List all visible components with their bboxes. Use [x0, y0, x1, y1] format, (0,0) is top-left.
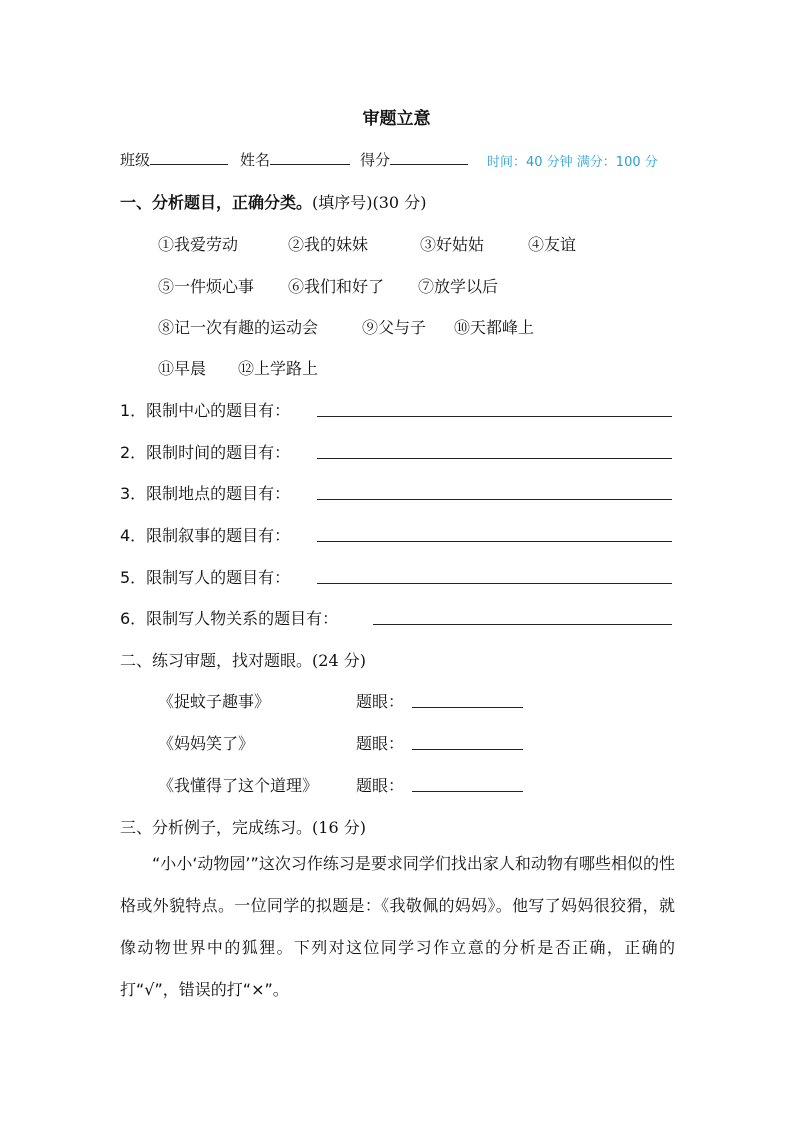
name-field: 姓名	[240, 149, 350, 170]
title-item-3: 《我懂得了这个道理》	[158, 773, 318, 796]
option-item: ③好姑姑	[420, 232, 528, 255]
question-5: 5．限制写人的题目有：	[120, 565, 290, 588]
option-item: ④友谊	[528, 232, 576, 255]
question-4-answer-line[interactable]	[317, 541, 672, 542]
worksheet-page: 审题立意 班级 姓名 得分 时间：40 分钟 满分：100 分 一、分析题目，正…	[0, 0, 793, 1122]
time-score-meta: 时间：40 分钟 满分：100 分	[487, 151, 658, 170]
section1-heading-note: (填序号)(30 分)	[312, 193, 426, 212]
score-blank[interactable]	[390, 150, 468, 165]
page-title: 审题立意	[0, 104, 793, 129]
option-item: ②我的妹妹	[288, 232, 420, 255]
title-eye-label-3: 题眼：	[356, 773, 404, 796]
question-1-answer-line[interactable]	[317, 416, 672, 417]
section1-heading: 一、分析题目，正确分类。(填序号)(30 分)	[120, 190, 426, 213]
section3-heading-note: (16 分)	[312, 818, 366, 837]
question-3: 3．限制地点的题目有：	[120, 481, 290, 504]
name-blank[interactable]	[270, 150, 350, 165]
option-row-4: ⑪早晨⑫上学路上	[158, 356, 318, 379]
question-1: 1．限制中心的题目有：	[120, 398, 290, 421]
paragraph-text: “小小‘动物园’”这次习作练习是要求同学们找出家人和动物有哪些相似的性格或外貌特…	[120, 843, 675, 1011]
option-item: ⑥我们和好了	[288, 274, 418, 297]
class-field: 班级	[120, 149, 228, 170]
title-eye-answer-line-1[interactable]	[412, 707, 523, 708]
question-3-answer-line[interactable]	[317, 499, 672, 500]
question-label: 6．限制写人物关系的题目有：	[120, 609, 338, 628]
option-item: ⑪早晨	[158, 356, 238, 379]
question-label: 5．限制写人的题目有：	[120, 568, 290, 587]
option-item: ⑫上学路上	[238, 356, 318, 379]
option-row-2: ⑤一件烦心事⑥我们和好了⑦放学以后	[158, 274, 498, 297]
question-4: 4．限制叙事的题目有：	[120, 523, 290, 546]
option-item: ⑩天都峰上	[454, 315, 534, 338]
option-item: ⑧记一次有趣的运动会	[158, 315, 362, 338]
section2-heading-main: 二、练习审题，找对题眼。	[120, 651, 312, 670]
question-label: 3．限制地点的题目有：	[120, 484, 290, 503]
score-label: 得分	[360, 151, 390, 169]
option-item: ⑦放学以后	[418, 274, 498, 297]
section2-heading: 二、练习审题，找对题眼。(24 分)	[120, 648, 366, 671]
title-eye-answer-line-3[interactable]	[412, 791, 523, 792]
section3-heading-main: 三、分析例子，完成练习。	[120, 818, 312, 837]
question-2-answer-line[interactable]	[317, 458, 672, 459]
section1-heading-main: 一、分析题目，正确分类。	[120, 193, 312, 212]
title-eye-label-1: 题眼：	[356, 689, 404, 712]
title-eye-label-2: 题眼：	[356, 731, 404, 754]
option-row-3: ⑧记一次有趣的运动会⑨父与子⑩天都峰上	[158, 315, 534, 338]
question-6: 6．限制写人物关系的题目有：	[120, 606, 338, 629]
section3-heading: 三、分析例子，完成练习。(16 分)	[120, 815, 366, 838]
section3-paragraph: “小小‘动物园’”这次习作练习是要求同学们找出家人和动物有哪些相似的性格或外貌特…	[120, 843, 675, 1011]
option-row-1: ①我爱劳动②我的妹妹③好姑姑④友谊	[158, 232, 576, 255]
option-item: ⑤一件烦心事	[158, 274, 288, 297]
question-label: 2．限制时间的题目有：	[120, 443, 290, 462]
option-item: ⑨父与子	[362, 315, 454, 338]
score-field: 得分	[360, 149, 468, 170]
option-item: ①我爱劳动	[158, 232, 288, 255]
question-label: 1．限制中心的题目有：	[120, 401, 290, 420]
title-item-2: 《妈妈笑了》	[158, 731, 254, 754]
class-label: 班级	[120, 151, 150, 169]
title-item-1: 《捉蚊子趣事》	[158, 689, 270, 712]
title-eye-answer-line-2[interactable]	[412, 749, 523, 750]
name-label: 姓名	[240, 151, 270, 169]
question-5-answer-line[interactable]	[317, 583, 672, 584]
class-blank[interactable]	[150, 150, 228, 165]
question-2: 2．限制时间的题目有：	[120, 440, 290, 463]
section2-heading-note: (24 分)	[312, 651, 366, 670]
question-label: 4．限制叙事的题目有：	[120, 526, 290, 545]
question-6-answer-line[interactable]	[373, 624, 672, 625]
